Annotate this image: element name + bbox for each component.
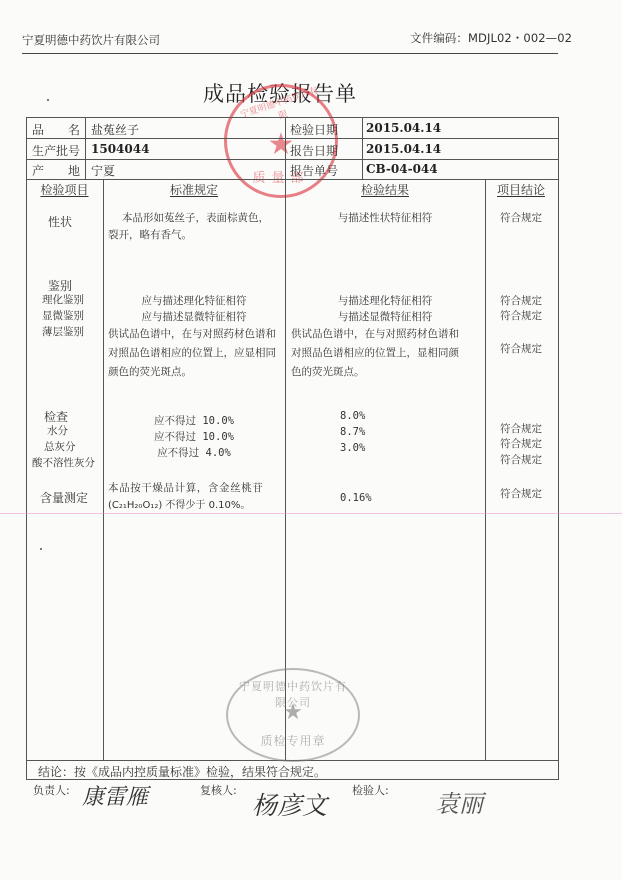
batch-number: 1504044 [91, 142, 149, 156]
origin-label: 产 地 [32, 162, 80, 179]
inspector-signature: 袁丽 [435, 784, 483, 819]
col-line [362, 117, 363, 179]
batch-label: 生产批号 [32, 142, 80, 159]
gray-qc-stamp: 宁夏明德中药饮片有限公司 ★ 质检专用章 [226, 668, 360, 762]
std-appearance-1: 本品形如菟丝子，表面棕黄色， [122, 210, 269, 227]
inspect-date: 2015.04.14 [366, 121, 441, 135]
result-moisture: 8.0% [340, 408, 365, 425]
result-total-ash: 8.7% [340, 424, 365, 441]
result-physchem: 与描述理化特征相符 [285, 293, 485, 310]
reviewer-label: 复核人: [200, 782, 237, 799]
item-moisture: 水分 [47, 423, 68, 440]
std-tlc-1: 供试品色谱中，在与对照药材色谱和 [108, 326, 276, 343]
col-header-standard: 标准规定 [103, 181, 285, 198]
company-name: 宁夏明德中药饮片有限公司 [22, 32, 160, 48]
reviewer-signature: 杨彦文 [252, 786, 327, 822]
item-acid-insoluble-ash: 酸不溶性灰分 [32, 455, 95, 472]
std-assay-2: (C₂₁H₂₀O₁₂) 不得少于 0.10%。 [108, 497, 250, 514]
col-header-result: 检验结果 [285, 181, 485, 198]
origin: 宁夏 [91, 162, 115, 179]
std-tlc-2: 对照品色谱相应的位置上，应显相同 [108, 345, 276, 362]
inspect-date-label: 检验日期 [290, 121, 338, 138]
inspector-label: 检验人: [352, 782, 389, 799]
responsible-signature: 康雷雁 [82, 780, 148, 811]
col-line [485, 179, 486, 760]
speck [47, 99, 49, 101]
row-line [26, 159, 558, 160]
conclusion-tlc: 符合规定 [485, 341, 557, 358]
row-line [26, 138, 558, 139]
conclusion-acid-insoluble-ash: 符合规定 [485, 452, 557, 469]
item-assay: 含量测定 [40, 489, 88, 506]
std-physchem: 应与描述理化特征相符 [103, 293, 285, 310]
col-line [85, 117, 86, 179]
header-divider [22, 53, 558, 54]
result-microscopic: 与描述显微特征相符 [285, 309, 485, 326]
result-tlc-2: 对照品色谱相应的位置上，显相同颜 [291, 345, 459, 362]
result-acid-insoluble-ash: 3.0% [340, 440, 365, 457]
std-moisture: 应不得过 10.0% [103, 413, 285, 430]
scan-artifact-line [0, 513, 622, 514]
col-header-conclusion: 项目结论 [485, 181, 557, 198]
conclusion-total-ash: 符合规定 [485, 436, 557, 453]
conclusion-assay: 符合规定 [485, 486, 557, 503]
conclusion-microscopic: 符合规定 [485, 308, 557, 325]
col-header-item: 检验项目 [26, 181, 103, 198]
item-tlc: 薄层鉴别 [42, 324, 84, 341]
item-microscopic: 显微鉴别 [42, 308, 84, 325]
std-total-ash: 应不得过 10.0% [103, 429, 285, 446]
result-tlc-1: 供试品色谱中，在与对照药材色谱和 [291, 326, 459, 343]
product-name-label: 品 名 [32, 121, 82, 138]
item-total-ash: 总灰分 [44, 439, 76, 456]
report-date: 2015.04.14 [366, 142, 441, 156]
result-tlc-3: 色的荧光斑点。 [291, 364, 365, 381]
speck [40, 548, 42, 550]
conclusion-appearance: 符合规定 [485, 210, 557, 227]
col-line [103, 179, 104, 760]
std-appearance-2: 裂开，略有香气。 [108, 227, 192, 244]
report-date-label: 报告日期 [290, 142, 338, 159]
std-acid-insoluble-ash: 应不得过 4.0% [103, 445, 285, 462]
gray-stamp-bottom-text: 质检专用章 [228, 732, 358, 749]
responsible-label: 负责人: [33, 782, 70, 799]
std-tlc-3: 颜色的荧光斑点。 [108, 364, 192, 381]
result-assay: 0.16% [340, 490, 372, 507]
final-conclusion: 结论：按《成品内控质量标准》检验，结果符合规定。 [38, 763, 326, 780]
std-microscopic: 应与描述显微特征相符 [103, 309, 285, 326]
item-appearance: 性状 [48, 213, 72, 230]
result-appearance: 与描述性状特征相符 [285, 210, 485, 227]
product-name: 盐菟丝子 [91, 121, 139, 138]
col-line [285, 117, 286, 179]
report-no-label: 报告单号 [290, 162, 338, 179]
std-assay-1: 本品按干燥品计算，含金丝桃苷 [108, 480, 263, 497]
row-line [26, 179, 558, 180]
file-code: 文件编码：MDJL02・002—02 [410, 30, 572, 46]
star-icon: ★ [228, 700, 358, 725]
item-physchem: 理化鉴别 [42, 292, 84, 309]
report-number: CB-04-044 [366, 162, 438, 176]
